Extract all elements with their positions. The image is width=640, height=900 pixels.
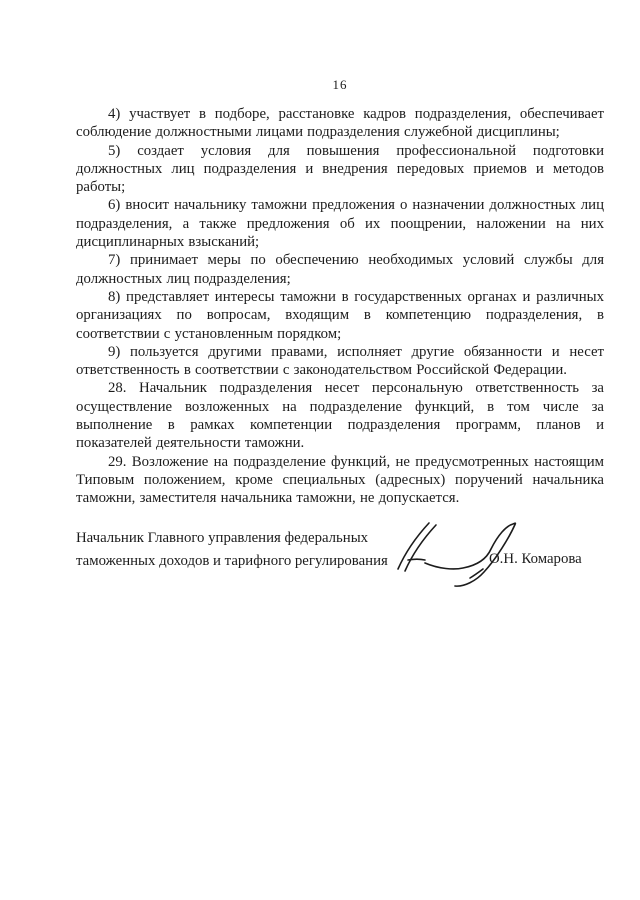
signature-scrawl-icon <box>384 499 554 599</box>
page-number: 16 <box>76 77 604 93</box>
paragraph-item-9: 9) пользуется другими правами, исполняет… <box>76 343 604 380</box>
document-page: 16 4) участвует в подборе, расстановке к… <box>0 0 640 900</box>
signatory-name: О.Н. Комарова <box>489 551 582 568</box>
paragraph-item-8: 8) представляет интересы таможни в госуд… <box>76 288 604 343</box>
paragraph-item-5: 5) создает условия для повышения професс… <box>76 142 604 197</box>
paragraph-item-6: 6) вносит начальнику таможни предложения… <box>76 196 604 251</box>
document-body: 4) участвует в подборе, расстановке кадр… <box>76 105 604 508</box>
paragraph-clause-28: 28. Начальник подразделения несет персон… <box>76 379 604 452</box>
paragraph-item-7: 7) принимает меры по обеспечению необход… <box>76 251 604 288</box>
paragraph-item-4: 4) участвует в подборе, расстановке кадр… <box>76 105 604 142</box>
signature-block: Начальник Главного управления федеральны… <box>76 527 604 573</box>
